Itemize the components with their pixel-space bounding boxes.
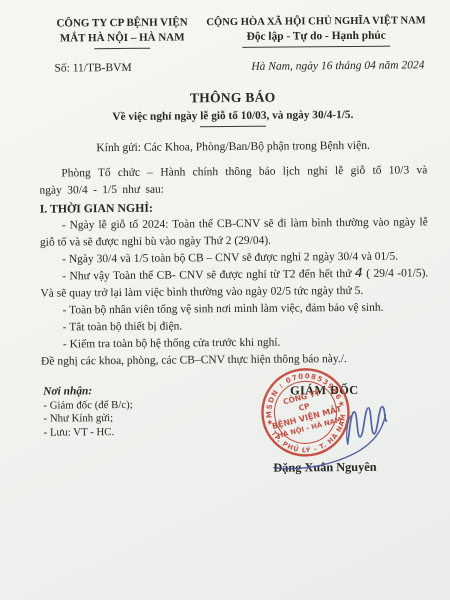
recipient-line: - Như Kính gửi; [43,412,132,426]
stamp-center-line4: HÀ NỘI - HÀ NAM [276,415,342,440]
title-block: THÔNG BÁO Về việc nghỉ ngày lễ giỗ tổ 10… [39,88,427,128]
bullet-3-text-pre: - Như vậy Toàn thể CB- CNV sẽ được nghỉ … [62,268,355,283]
signature-block: GIÁM ĐỐC Đặng Xuân Nguyên MSDN : 0700853… [219,382,430,476]
scanned-document-page: CÔNG TY CP BỆNH VIỆN MẮT HÀ NỘI – HÀ NAM… [0,0,450,600]
salutation-line: Kính gửi: Các Khoa, Phòng/Ban/Bộ phận tr… [39,138,427,154]
org-underline [94,48,150,49]
recipients-title: Nơi nhận: [43,385,132,399]
bullet-item-3: - Như vậy Toàn thể CB- CNV sẽ được nghỉ … [40,265,428,302]
org-name-line1: CÔNG TY CP BỆNH VIỆN [38,15,206,31]
national-underline [242,46,390,48]
document-subtitle: Về việc nghỉ ngày lễ giỗ tổ 10/03, và ng… [39,108,427,123]
stamp-center-line3: BỆNH VIỆN MẮT [270,401,343,431]
national-header-block: CỘNG HÒA XÃ HỘI CHỦ NGHĨA VIỆT NAM Độc l… [206,13,426,48]
stamp-center-line2: CP [298,401,311,413]
document-number: Số: 11/TB-BVM [54,62,131,75]
signer-title: GIÁM ĐỐC [219,382,429,399]
handwritten-digit: 4 [355,265,363,280]
issuing-org-block: CÔNG TY CP BỆNH VIỆN MẮT HÀ NỘI – HÀ NAM [38,15,206,49]
document-title: THÔNG BÁO [39,88,427,107]
company-stamp: MSDN : 0700853986 TP. PHỦ LÝ - T. HÀ NAM… [253,360,358,465]
document-header: CÔNG TY CP BỆNH VIỆN MẮT HÀ NỘI – HÀ NAM… [38,13,426,49]
org-name-line2: MẮT HÀ NỘI – HÀ NAM [38,30,206,46]
stamp-star-right-icon: ★ [337,398,346,408]
closing-line: Đề nghị các khoa, phòng, các CB–CNV thực… [41,350,429,370]
recipient-line: - Giám đốc (để B/c); [43,398,132,412]
national-motto-line2: Độc lập - Tự do - Hạnh phúc [206,28,426,45]
recipient-line: - Lưu: VT - HC. [44,425,133,439]
title-underline [200,126,266,128]
national-motto-line1: CỘNG HÒA XÃ HỘI CHỦ NGHĨA VIỆT NAM [206,13,426,30]
intro-paragraph: Phòng Tổ chức – Hành chính thông báo lịc… [39,162,427,199]
svg-text:TP. PHỦ LÝ - T. HÀ NAM: TP. PHỦ LÝ - T. HÀ NAM [269,411,355,463]
bullet-item-4: - Toàn bộ nhân viên tổng vệ sinh nơi mìn… [41,299,429,319]
stamp-star-left-icon: ★ [265,417,274,427]
document-footer: Nơi nhận: - Giám đốc (để B/c); - Như Kín… [41,382,430,477]
signer-name: Đặng Xuân Nguyên [220,459,430,476]
stamp-bottom-arc-text: TP. PHỦ LÝ - T. HÀ NAM [269,411,355,463]
place-and-date: Hà Nam, ngày 16 tháng 04 năm 2024 [251,59,424,73]
bullet-item-1: - Ngày lễ giỗ tổ 2024: Toàn thể CB-CNV s… [40,214,428,251]
recipients-block: Nơi nhận: - Giám đốc (để B/c); - Như Kín… [43,385,133,478]
number-date-row: Số: 11/TB-BVM Hà Nam, ngày 16 tháng 04 n… [38,59,426,74]
document-content: CÔNG TY CP BỆNH VIỆN MẮT HÀ NỘI – HÀ NAM… [38,13,430,477]
